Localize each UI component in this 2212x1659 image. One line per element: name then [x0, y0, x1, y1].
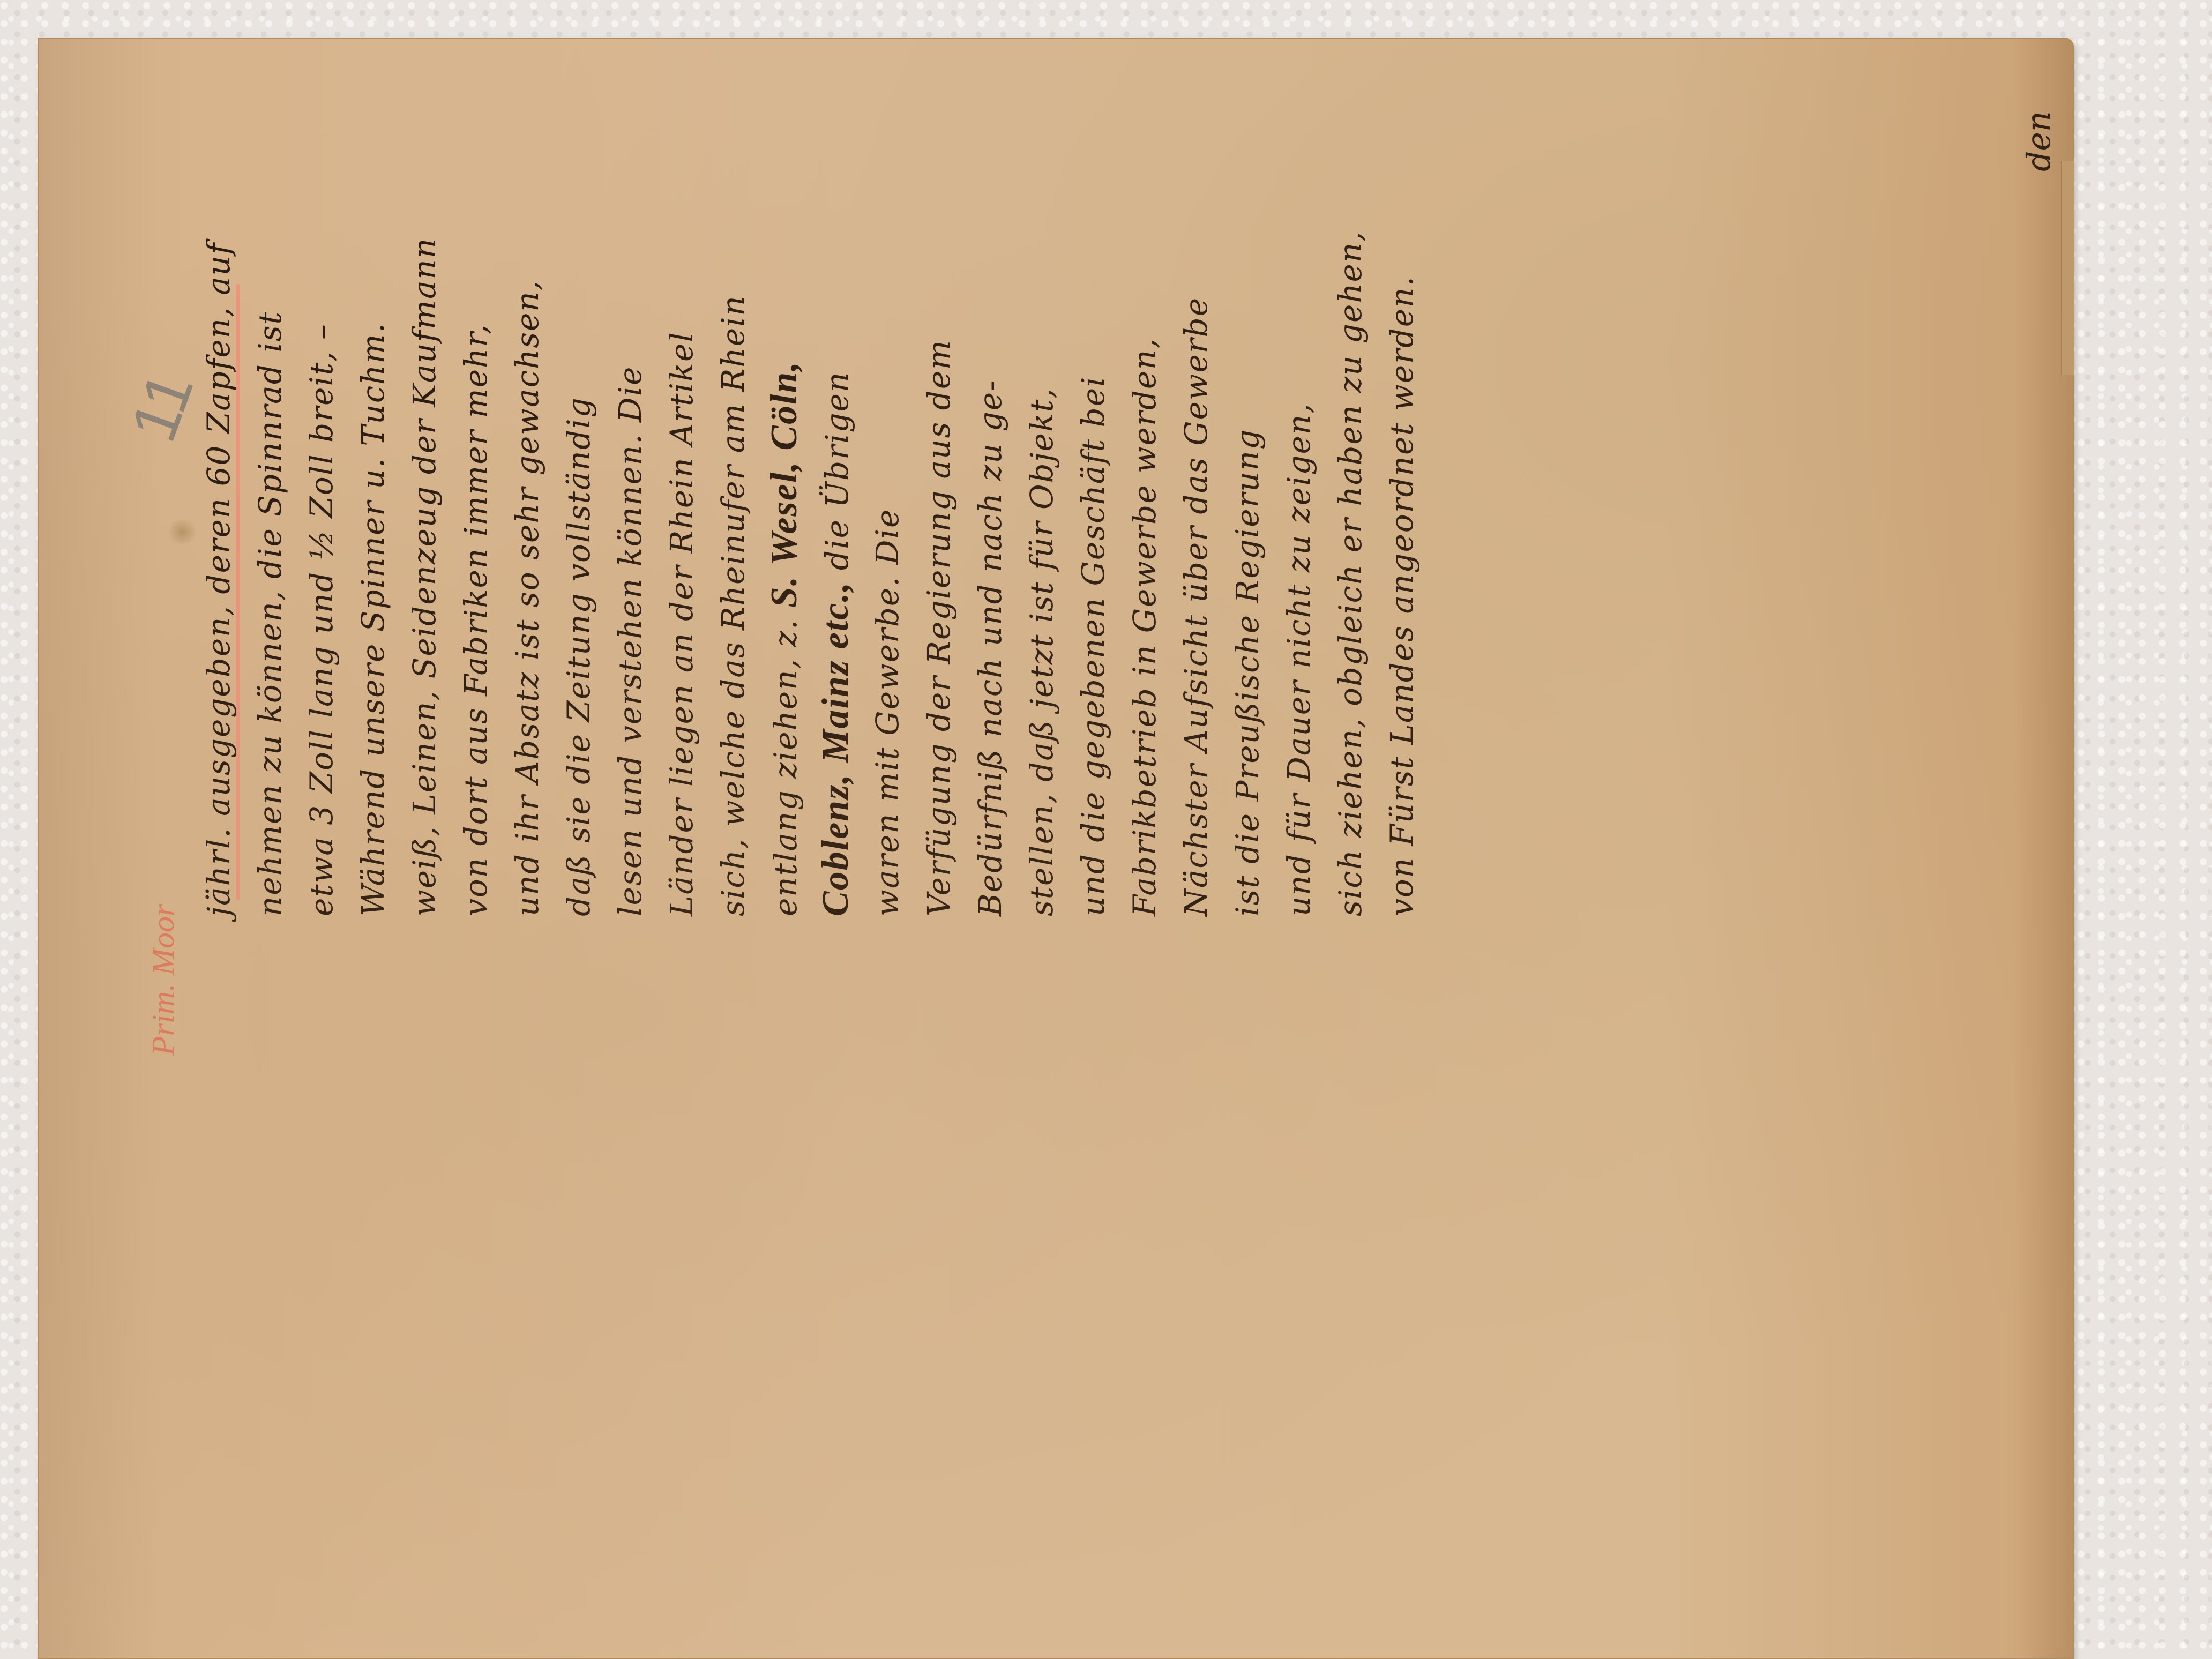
- text-line: und für Dauer nicht zu zeigen,: [1273, 70, 1325, 916]
- text-line: ist die Preußische Regierung: [1222, 70, 1273, 916]
- text-line: Bedürfniß nach und nach zu ge-: [965, 70, 1016, 916]
- text-line: von Fürst Landes angeordnet werden.: [1376, 70, 1428, 916]
- handwritten-text-block: jährl. ausgegeben, deren 60 Zapfen, auf …: [193, 70, 2015, 916]
- text-line: Nächster Aufsicht über das Gewerbe: [1170, 70, 1222, 916]
- text-line: sich ziehen, obgleich er haben zu gehen,: [1325, 70, 1376, 916]
- text-line: stellen, daß jetzt ist für Objekt,: [1016, 70, 1067, 916]
- text-line: sich, welche das Rheinufer am Rhein: [707, 70, 759, 916]
- text-line: Coblenz, Mainz etc., die Übrigen: [810, 70, 862, 916]
- text-line: etwa 3 Zoll lang und ½ Zoll breit, –: [296, 70, 347, 916]
- latin-script-place-names: S. Wesel, Cöln,: [764, 361, 805, 608]
- catchword: den: [2020, 111, 2058, 171]
- text-line: jährl. ausgegeben, deren 60 Zapfen, auf: [193, 70, 244, 916]
- text-line: entlang ziehen, z. S. Wesel, Cöln,: [759, 70, 810, 916]
- text-line: daß sie die Zeitung vollständig: [553, 70, 604, 916]
- text-line: nehmen zu können, die Spinnrad ist: [244, 70, 296, 916]
- text-line: lesen und verstehen können. Die: [604, 70, 656, 916]
- latin-script-place-names: Coblenz, Mainz etc.,: [815, 581, 856, 916]
- text-line: Länder liegen an der Rhein Artikel: [656, 70, 707, 916]
- red-pencil-annotation: Prim. Moor: [145, 904, 182, 1056]
- text-line: und die gegebenen Geschäft bei: [1067, 70, 1119, 916]
- text-line: Fabrikbetrieb in Gewerbe werden,: [1119, 70, 1170, 916]
- manuscript-page: 11 Prim. Moor jährl. ausgegeben, deren 6…: [38, 38, 2074, 1659]
- torn-page-edge: [2061, 161, 2074, 375]
- text-line: waren mit Gewerbe. Die: [862, 70, 913, 916]
- text-line: und ihr Absatz ist so sehr gewachsen,: [502, 70, 553, 916]
- text-line: Während unsere Spinner u. Tuchm.: [347, 70, 399, 916]
- text-line: Verfügung der Regierung aus dem: [913, 70, 965, 916]
- text-line: weiß, Leinen, Seidenzeug der Kaufmann: [399, 70, 450, 916]
- text-line: von dort aus Fabriken immer mehr,: [450, 70, 502, 916]
